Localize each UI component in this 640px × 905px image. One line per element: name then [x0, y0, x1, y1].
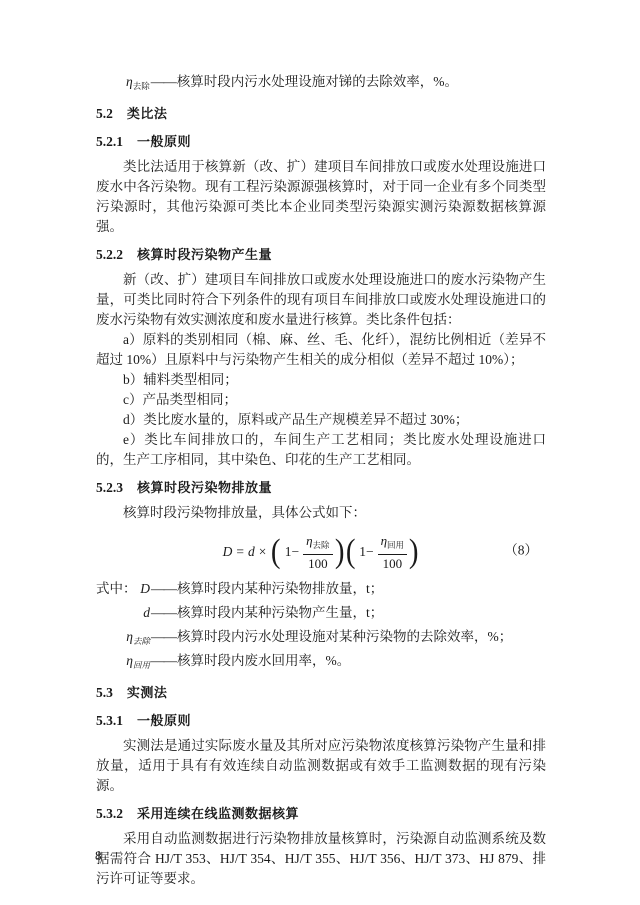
heading-number: 5.2.3: [96, 478, 123, 498]
heading-5-2-3: 5.2.3 核算时段污染物排放量: [96, 478, 546, 498]
heading-number: 5.3.2: [96, 804, 123, 824]
one-minus: 1−: [359, 542, 373, 562]
where-term: η回用: [96, 651, 150, 675]
heading-title: 一般原则: [137, 711, 191, 731]
where-term: η去除: [96, 627, 150, 651]
eta-subscript-removal: 去除: [313, 540, 330, 550]
heading-number: 5.2: [96, 104, 113, 124]
document-page: η去除——核算时段内污水处理设施对锑的去除效率，%。 5.2 类比法 5.2.1…: [0, 0, 640, 905]
heading-number: 5.3.1: [96, 711, 123, 731]
definition-dash: ——: [151, 651, 176, 671]
fraction-reuse: η回用 100: [378, 533, 407, 571]
heading-title: 采用连续在线监测数据核算: [137, 804, 299, 824]
formula-lhs: D: [223, 542, 233, 562]
fraction-removal: η去除 100: [303, 533, 332, 571]
definition-dash: ——: [151, 627, 176, 647]
fraction-denominator: 100: [383, 555, 403, 571]
fraction-denominator: 100: [308, 555, 328, 571]
where-row-d: d —— 核算时段内某种污染物产生量，t；: [96, 603, 546, 627]
where-row-eta-removal: η去除 —— 核算时段内污水处理设施对某种污染物的去除效率，%；: [96, 627, 546, 651]
eta-symbol: η: [126, 74, 133, 89]
formula-8: D = d × ( 1− η去除 100 ) ( 1− η回用: [223, 532, 420, 572]
heading-title: 核算时段污染物产生量: [137, 245, 272, 265]
heading-5-2-1: 5.2.1 一般原则: [96, 132, 546, 152]
equals-sign: =: [236, 542, 244, 562]
heading-5-3-2: 5.3.2 采用连续在线监测数据核算: [96, 804, 546, 824]
definition-dash: ——: [151, 74, 176, 89]
eta-subscript: 去除: [133, 81, 150, 91]
heading-title: 核算时段污染物排放量: [137, 478, 272, 498]
where-desc: 核算时段内污水处理设施对某种污染物的去除效率，%；: [177, 627, 512, 647]
times-sign: ×: [259, 542, 267, 562]
condition-item-d: d）类比废水量的，原料或产品生产规模差异不超过 30%；: [96, 410, 546, 430]
fraction-numerator: η回用: [378, 533, 407, 555]
where-label: 式中：: [96, 579, 137, 599]
heading-number: 5.2.1: [96, 132, 123, 152]
heading-number: 5.2.2: [96, 245, 123, 265]
definition-text: 核算时段内污水处理设施对锑的去除效率，%。: [177, 74, 458, 89]
where-desc: 核算时段内废水回用率，%。: [177, 651, 350, 671]
heading-number: 5.3: [96, 683, 113, 703]
condition-item-a: a）原料的类别相同（棉、麻、丝、毛、化纤），混纺比例相近（差异不超过 10%）且…: [96, 330, 546, 370]
factor-reuse: 1− η回用 100: [357, 533, 407, 571]
heading-5-3: 5.3 实测法: [96, 683, 546, 703]
one-minus: 1−: [285, 542, 299, 562]
equation-number: （8）: [504, 540, 538, 560]
where-row-eta-reuse: η回用 —— 核算时段内废水回用率，%。: [96, 651, 546, 675]
eta-subscript-reuse: 回用: [387, 540, 404, 550]
where-term: d: [96, 603, 150, 627]
paragraph-5-3-1: 实测法是通过实际废水量及其所对应污染物浓度核算污染物产生量和排放量，适用于具有有…: [96, 736, 546, 796]
where-desc: 核算时段内某种污染物排放量，t；: [177, 579, 383, 599]
left-paren: (: [346, 532, 356, 572]
heading-5-2-2: 5.2.2 核算时段污染物产生量: [96, 245, 546, 265]
paragraph-5-2-2: 新（改、扩）建项目车间排放口或废水处理设施进口的废水污染物产生量，可类比同时符合…: [96, 270, 546, 330]
formula-8-row: D = d × ( 1− η去除 100 ) ( 1− η回用: [96, 529, 546, 575]
where-row-D: 式中： D —— 核算时段内某种污染物排放量，t；: [96, 579, 546, 603]
heading-title: 实测法: [127, 683, 168, 703]
where-desc: 核算时段内某种污染物产生量，t；: [177, 603, 383, 623]
fraction-numerator: η去除: [303, 533, 332, 555]
heading-title: 一般原则: [137, 132, 191, 152]
symbol-definition-top: η去除——核算时段内污水处理设施对锑的去除效率，%。: [126, 72, 546, 96]
definition-dash: ——: [151, 579, 176, 599]
formula-var-d: d: [248, 542, 255, 562]
condition-item-b: b）辅料类型相同；: [96, 370, 546, 390]
definition-dash: ——: [151, 603, 176, 623]
factor-removal: 1− η去除 100: [283, 533, 333, 571]
document-content: η去除——核算时段内污水处理设施对锑的去除效率，%。 5.2 类比法 5.2.1…: [96, 72, 546, 889]
formula-where-list: 式中： D —— 核算时段内某种污染物排放量，t； d —— 核算时段内某种污染…: [96, 579, 546, 675]
condition-item-e: e）类比车间排放口的，车间生产工艺相同；类比废水处理设施进口的，生产工序相同，其…: [96, 430, 546, 470]
page-number: 8: [95, 846, 102, 866]
left-paren: (: [271, 532, 281, 572]
heading-5-3-1: 5.3.1 一般原则: [96, 711, 546, 731]
condition-item-c: c）产品类型相同；: [96, 390, 546, 410]
formula-intro: 核算时段污染物排放量，具体公式如下：: [96, 503, 546, 523]
heading-5-2: 5.2 类比法: [96, 104, 546, 124]
paragraph-5-3-2: 采用自动监测数据进行污染物排放量核算时，污染源自动监测系统及数据需符合 HJ/T…: [96, 829, 546, 889]
heading-title: 类比法: [127, 104, 168, 124]
right-paren: ): [334, 532, 344, 572]
paragraph-5-2-1: 类比法适用于核算新（改、扩）建项目车间排放口或废水处理设施进口废水中各污染物。现…: [96, 157, 546, 237]
right-paren: ): [409, 532, 419, 572]
